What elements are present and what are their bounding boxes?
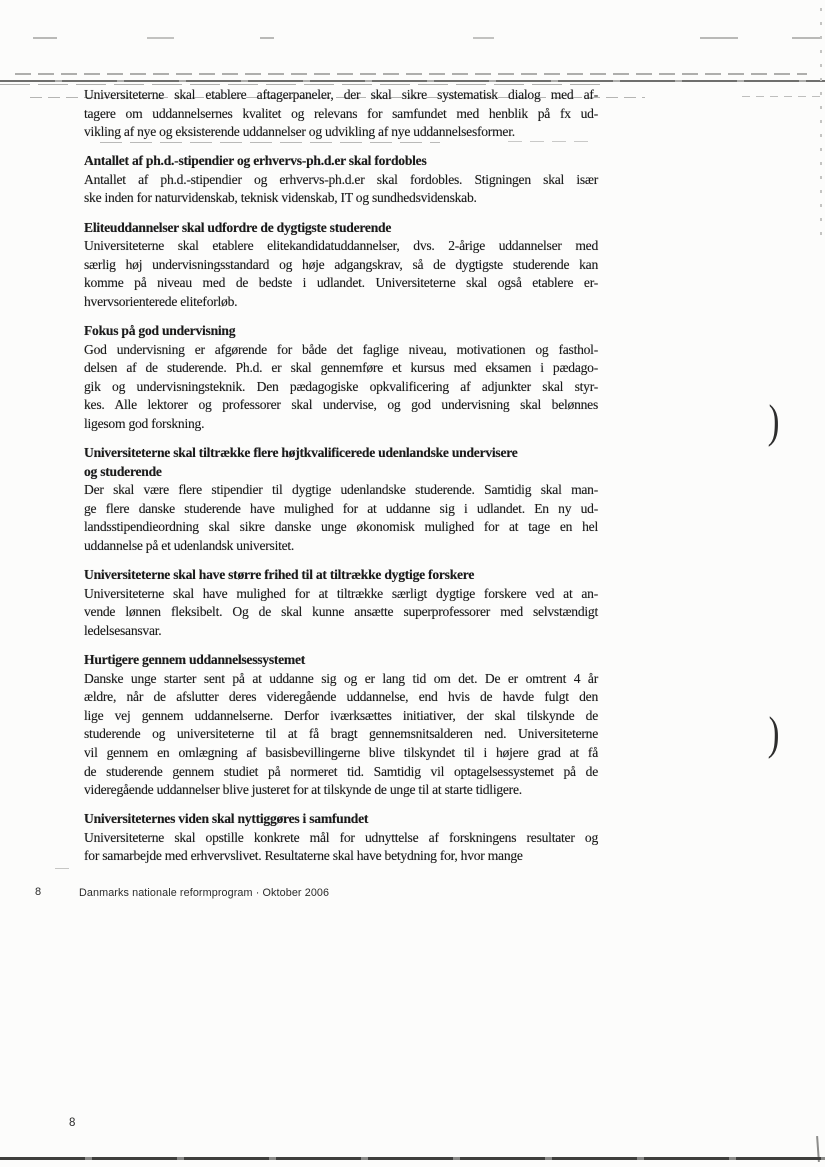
text-line: Antallet af ph.d.-stipendier og erhvervs… xyxy=(84,152,598,171)
text-line: Eliteuddannelser skal udfordre de dygtig… xyxy=(84,219,598,238)
text-line: ældre, når de afslutter deres videregåen… xyxy=(84,688,598,707)
section-viden-nyttiggoeres: Universiteternes viden skal nyttiggøres … xyxy=(84,810,598,866)
text-line: Universiteterne skal have større frihed … xyxy=(84,566,598,585)
text-line: ge flere danske studerende have mulighed… xyxy=(84,500,598,519)
section-body: Universiteterne skal opstille konkrete m… xyxy=(84,829,598,866)
text-line: vende lønnen fleksibelt. Og de skal kunn… xyxy=(84,603,598,622)
text-line: Universiteternes viden skal nyttiggøres … xyxy=(84,810,598,829)
scan-artifact-dash xyxy=(33,37,57,39)
text-line: Danske unge starter sent på at uddanne s… xyxy=(84,670,598,689)
section-heading: Hurtigere gennem uddannelsessystemet xyxy=(84,651,598,670)
text-line: vil gennem en omlægning af basisbevillin… xyxy=(84,744,598,763)
section-body: Antallet af ph.d.-stipendier og erhvervs… xyxy=(84,171,598,208)
scan-artifact-dash xyxy=(147,37,174,39)
scan-artifact-dash xyxy=(700,37,738,39)
section-body: Universiteterne skal etablere elitekandi… xyxy=(84,237,598,311)
text-line: studerende og universiteterne til at få … xyxy=(84,725,598,744)
scan-artifact-speck xyxy=(55,868,69,869)
text-line: lige vej gennem uddannelserne. Derfor iv… xyxy=(84,707,598,726)
section-heading: Eliteuddannelser skal udfordre de dygtig… xyxy=(84,219,598,238)
section-heading: Antallet af ph.d.-stipendier og erhvervs… xyxy=(84,152,598,171)
section-body: God undervisning er afgørende for både d… xyxy=(84,341,598,434)
section-fokus-god-undervisning: Fokus på god undervisning God undervisni… xyxy=(84,322,598,434)
scan-artifact-dash xyxy=(473,37,494,39)
text-line: vikling af nye og eksisterende uddannels… xyxy=(84,123,598,142)
text-line: Universiteterne skal have mulighed for a… xyxy=(84,585,598,604)
section-heading: Universiteterne skal tiltrække flere høj… xyxy=(84,444,598,481)
handwritten-margin-mark: ) xyxy=(768,400,780,445)
text-line: delsen af de studerende. Ph.d. er skal g… xyxy=(84,359,598,378)
text-line: Universiteterne skal tiltrække flere høj… xyxy=(84,444,598,463)
scan-artifact-fold-line xyxy=(0,80,825,82)
section-phd-stipendier: Antallet af ph.d.-stipendier og erhvervs… xyxy=(84,152,598,208)
section-heading: Fokus på god undervisning xyxy=(84,322,598,341)
text-line: kes. Alle lektorer og professorer skal u… xyxy=(84,396,598,415)
text-line: God undervisning er afgørende for både d… xyxy=(84,341,598,360)
section-body: Der skal være flere stipendier til dygti… xyxy=(84,481,598,555)
text-line: de studerende gennem studiet på normeret… xyxy=(84,763,598,782)
text-line: Universiteterne skal etablere aftagerpan… xyxy=(84,86,598,105)
section-body: Danske unge starter sent på at uddanne s… xyxy=(84,670,598,800)
footer-page-number: 8 xyxy=(35,886,41,898)
handwritten-margin-mark: ) xyxy=(768,712,780,757)
scan-artifact-edge-dots xyxy=(820,8,822,243)
text-line: Hurtigere gennem uddannelsessystemet xyxy=(84,651,598,670)
scan-artifact-edge-mark xyxy=(816,1136,819,1162)
scanned-document-page: Universiteterne skal etablere aftagerpan… xyxy=(0,0,825,1167)
text-line: hvervsorienterede eliteforløb. xyxy=(84,293,598,312)
text-line: videregående uddannelser blive justeret … xyxy=(84,781,598,800)
section-udenlandske-undervisere: Universiteterne skal tiltrække flere høj… xyxy=(84,444,598,556)
scan-artifact-page-edge-line xyxy=(0,1157,825,1160)
section-hurtigere-gennem: Hurtigere gennem uddannelsessystemet Dan… xyxy=(84,651,598,800)
text-line: ligesom god forskning. xyxy=(84,415,598,434)
text-line: Universiteterne skal etablere elitekandi… xyxy=(84,237,598,256)
section-frihed-forskere: Universiteterne skal have større frihed … xyxy=(84,566,598,640)
text-line: særlig høj undervisningsstandard og høje… xyxy=(84,256,598,275)
footer-running-title: Danmarks nationale reformprogram · Oktob… xyxy=(79,887,329,899)
intro-paragraph: Universiteterne skal etablere aftagerpan… xyxy=(84,86,598,142)
scan-artifact-dash xyxy=(792,37,822,39)
section-heading: Universiteternes viden skal nyttiggøres … xyxy=(84,810,598,829)
text-line: ledelsesansvar. xyxy=(84,622,598,641)
text-line: Fokus på god undervisning xyxy=(84,322,598,341)
document-text-column: Universiteterne skal etablere aftagerpan… xyxy=(84,86,598,866)
text-line: landsstipendieordning skal sikre danske … xyxy=(84,518,598,537)
section-body: Universiteterne skal have mulighed for a… xyxy=(84,585,598,641)
scan-artifact-strike-line xyxy=(742,96,822,97)
scan-artifact-fold-line-lower xyxy=(0,84,600,85)
text-line: Der skal være flere stipendier til dygti… xyxy=(84,481,598,500)
scan-artifact-dash xyxy=(260,37,274,39)
scan-artifact-fold-line-upper xyxy=(15,73,807,75)
text-line: Universiteterne skal opstille konkrete m… xyxy=(84,829,598,848)
bottom-page-number: 8 xyxy=(69,1117,75,1129)
text-line: uddannelse på et udenlandsk universitet. xyxy=(84,537,598,556)
text-line: tagere om uddannelsernes kvalitet og rel… xyxy=(84,105,598,124)
text-line: gik og undervisningsteknik. Den pædagogi… xyxy=(84,378,598,397)
text-line: for samarbejde med erhvervslivet. Result… xyxy=(84,847,598,866)
text-line: komme på niveau med de bedste i udlandet… xyxy=(84,274,598,293)
text-line: og studerende xyxy=(84,463,598,482)
text-line: ske inden for naturvidenskab, teknisk vi… xyxy=(84,189,598,208)
section-heading: Universiteterne skal have større frihed … xyxy=(84,566,598,585)
section-eliteuddannelser: Eliteuddannelser skal udfordre de dygtig… xyxy=(84,219,598,312)
text-line: Antallet af ph.d.-stipendier og erhvervs… xyxy=(84,171,598,190)
